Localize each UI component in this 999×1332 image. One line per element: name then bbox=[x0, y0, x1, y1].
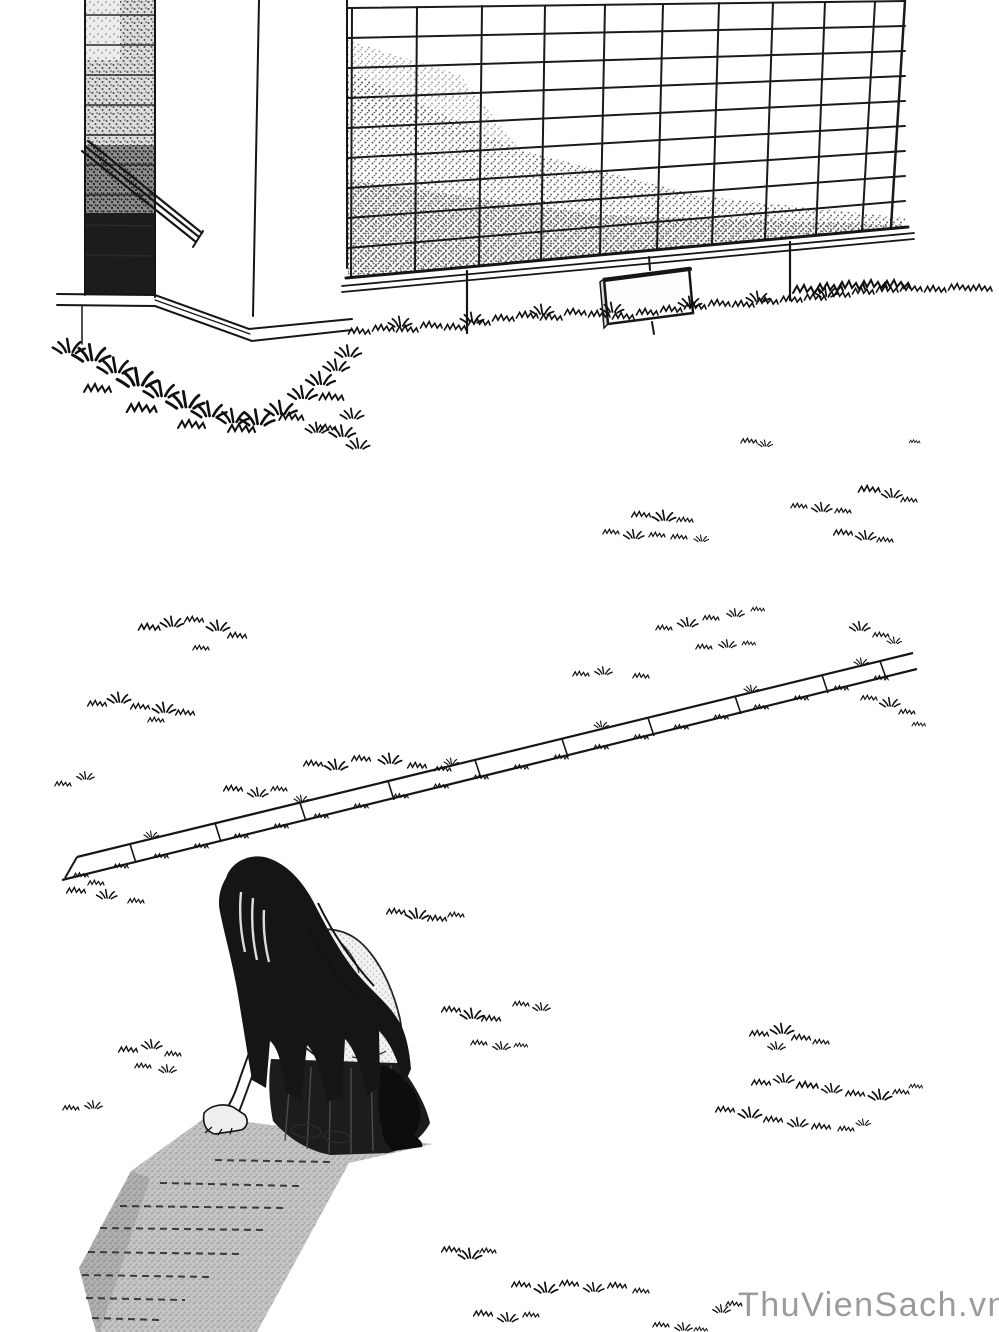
manga-panel: ThuVienSach.vn bbox=[0, 0, 999, 1332]
base-molding bbox=[57, 294, 352, 344]
building bbox=[57, 0, 914, 344]
tiled-wall bbox=[342, 1, 914, 292]
manga-page: ThuVienSach.vn bbox=[0, 0, 999, 1332]
watermark-text: ThuVienSach.vn bbox=[738, 1286, 999, 1324]
wall-sign bbox=[600, 257, 693, 334]
dark-brick-strip bbox=[85, 0, 155, 297]
sitting-girl bbox=[204, 856, 430, 1155]
curb-path bbox=[62, 653, 917, 880]
corner-pillar bbox=[253, 0, 347, 316]
girl-shoe bbox=[378, 1065, 422, 1151]
